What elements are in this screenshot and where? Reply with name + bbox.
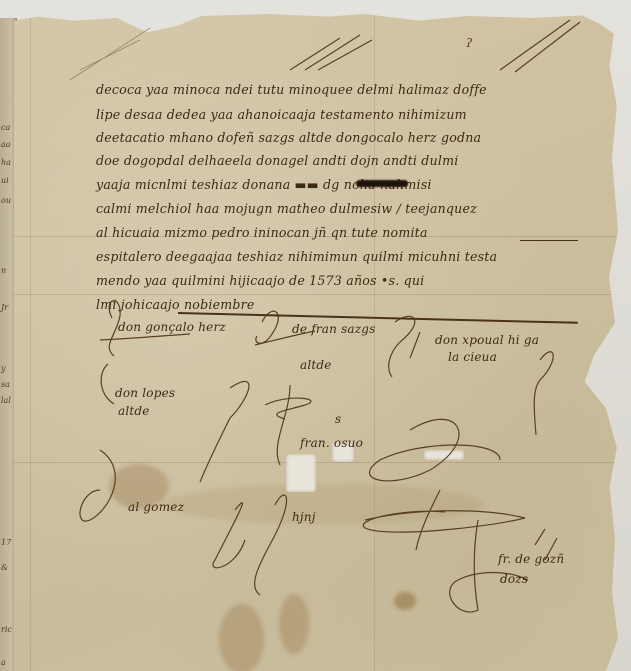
text-line: espitalero deegaajaa teshiaz nihimimun q… (96, 249, 497, 264)
text-line: doe dogopdal delhaeela donagel andti doj… (96, 153, 458, 168)
text-line: decoca yaa minoca ndei tutu minoquee del… (96, 82, 487, 97)
signature: la cieua (448, 350, 497, 364)
signature-title: altde (300, 358, 332, 372)
text-line: calmi melchiol haa mojugn matheo dulmesi… (96, 201, 477, 216)
text-line: mendo yaa quilmini hijicaajo de 1573 año… (96, 273, 424, 288)
text-line: al hicuaia mizmo pedro ininocan jñ qn tu… (96, 225, 428, 240)
text-line: deetacatio mhano dofeñ sazgs altde dongo… (96, 130, 481, 145)
signature: fran. osuo (300, 436, 363, 450)
signature: don lopes (115, 386, 175, 400)
signature: s (335, 412, 341, 426)
signature: don gonçalo herz (118, 320, 226, 334)
line-end-rule (520, 240, 578, 241)
signature: dozs (500, 572, 528, 586)
signature-title: altde (118, 404, 150, 418)
signature: don xpoual hi ga (435, 333, 539, 347)
signature: hjnj (292, 510, 316, 524)
marginal-mark: ʔ (466, 36, 472, 50)
signature: fr. de gozñ (498, 552, 564, 566)
text-line: lipe desaa dedea yaa ahanoicaaja testame… (96, 107, 467, 122)
text-line: lmi johicaajo nobiembre (96, 297, 255, 312)
signature: de fran sazgs (292, 322, 376, 336)
struck-out-word (356, 180, 408, 187)
signature: al gomez (128, 500, 184, 514)
